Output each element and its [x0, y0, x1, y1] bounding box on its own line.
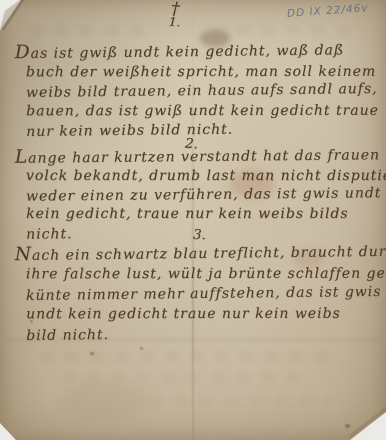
stanza-1-number: 1.	[157, 15, 192, 29]
bleed-through-text	[62, 372, 312, 382]
bleed-through-text	[150, 396, 330, 406]
manuscript-line: bild nicht.	[15, 322, 379, 346]
dog-ear-fold	[0, 0, 26, 36]
corner-fold-crease	[349, 404, 386, 438]
manuscript-line: Nach ein schwartz blau treflicht, brauch…	[15, 241, 379, 266]
ink-speck	[140, 347, 143, 350]
manuscript-line: Das ist gwiß undt kein gedicht, waß daß	[15, 39, 379, 65]
bleed-through-text	[40, 352, 340, 362]
ink-speck	[345, 424, 350, 428]
manuscript-line: bauen, das ist gwiß undt kein gedicht tr…	[15, 101, 379, 121]
stanza-3-number: 3.	[193, 229, 206, 243]
manuscript-scan: DD IX 22/46v † 1. Das ist gwiß undt kein…	[0, 0, 386, 440]
paper-sheet: DD IX 22/46v † 1. Das ist gwiß undt kein…	[0, 0, 386, 440]
bleed-through-text	[30, 26, 150, 36]
manuscript-line: weibs bild trauen, ein haus aufs sandl a…	[15, 80, 379, 104]
manuscript-line: volck bekandt, drumb last man nicht disp…	[15, 167, 379, 186]
manuscript-line: Lange haar kurtzen verstandt hat das fra…	[15, 144, 379, 168]
catalog-number: DD IX 22/46v	[287, 2, 369, 20]
manuscript-line: weder einen zu verführen, das ist gwis u…	[15, 184, 379, 206]
manuscript-line: künte nimmer mehr auffstehen, das ist gw…	[15, 282, 379, 306]
manuscript-line: buch der weißheit spricht, man soll kein…	[15, 62, 379, 82]
manuscript-line: undt kein gedicht traue nur kein weibs	[15, 304, 379, 325]
stanza-3: Nach ein schwartz blau treflicht, brauch…	[15, 242, 380, 345]
stanza-1: Das ist gwiß undt kein gedicht, waß daß …	[15, 40, 380, 141]
bleed-through-text	[212, 26, 362, 36]
soft-stain	[60, 380, 150, 420]
manuscript-line: ihre falsche lust, wült ja brünte schlaf…	[15, 264, 379, 285]
header-mark: † 1.	[157, 0, 192, 29]
manuscript-line: kein gedicht, traue nur kein weibs bilds	[15, 205, 379, 224]
